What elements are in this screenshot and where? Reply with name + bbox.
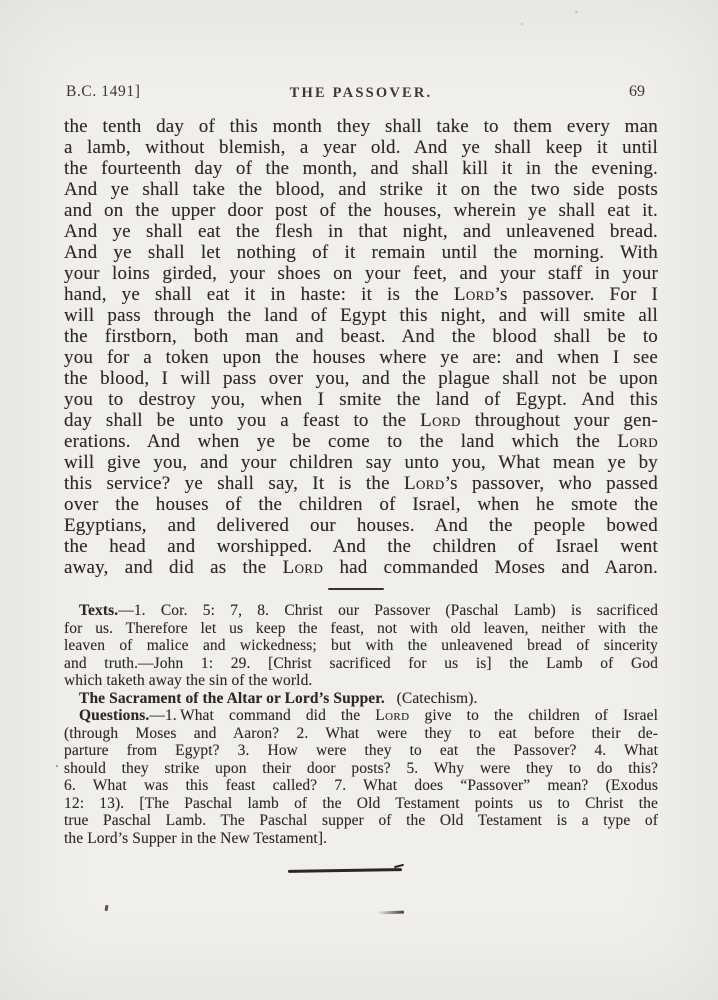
text-segment: had commanded Moses and Aaron. bbox=[323, 557, 658, 578]
text-segment: your loins girded, your shoes on your fe… bbox=[64, 263, 658, 284]
page-header: B.C. 1491] THE PASSOVER. 69 bbox=[64, 81, 658, 103]
text-segment: And ye shall take the blood, and strike … bbox=[64, 179, 658, 200]
text-segment: will give you, and your children say unt… bbox=[64, 452, 658, 473]
text-segment: ’s passover, who passed bbox=[445, 473, 658, 494]
text-line: Questions.—1. What command did the Lord … bbox=[64, 707, 658, 725]
text-segment: away, and did as the bbox=[64, 557, 283, 578]
text-segment: the fourteenth day of the month, and sha… bbox=[64, 158, 658, 179]
text-line: The Sacrament of the Altar or Lord’s Sup… bbox=[64, 690, 658, 708]
text-segment: the firstborn, both man and beast. And t… bbox=[64, 326, 658, 347]
text-line: hand, ye shall eat it in haste: it is th… bbox=[64, 284, 658, 305]
text-segment: Texts. bbox=[79, 602, 118, 619]
ink-dash-artifact bbox=[377, 911, 404, 914]
text-line: the Lord’s Supper in the New Testament]. bbox=[64, 830, 658, 848]
text-segment: and truth.—John 1: 29. [Christ sacrifice… bbox=[64, 655, 658, 672]
text-segment: day shall be unto you a feast to the bbox=[64, 410, 420, 431]
small-caps-word: Lord bbox=[420, 410, 461, 431]
text-segment: ’s passover. For I bbox=[495, 284, 659, 305]
text-line: a lamb, without blemish, a year old. And… bbox=[64, 137, 658, 158]
text-line: you to destroy you, when I smite the lan… bbox=[64, 389, 658, 410]
text-segment: the Lord’s Supper in the New Testament]. bbox=[64, 830, 327, 847]
notes-small-print: Texts.—1. Cor. 5: 7, 8. Christ our Passo… bbox=[64, 602, 658, 847]
small-caps-word: Lord bbox=[375, 707, 409, 724]
text-line: 6. What was this feast called? 7. What d… bbox=[64, 777, 658, 795]
text-segment: give to the children of Israel bbox=[410, 707, 658, 724]
text-line: And ye shall let nothing of it remain un… bbox=[64, 242, 658, 263]
small-caps-word: Lord bbox=[404, 473, 445, 494]
text-segment: for us. Therefore let us keep the feast,… bbox=[64, 620, 658, 637]
main-body-text: the tenth day of this month they shall t… bbox=[64, 116, 658, 578]
text-line: day shall be unto you a feast to the Lor… bbox=[64, 410, 658, 431]
header-title: THE PASSOVER. bbox=[64, 82, 658, 104]
text-line: the head and worshipped. And the childre… bbox=[64, 536, 658, 557]
text-segment: should they strike upon their door posts… bbox=[64, 760, 658, 777]
text-segment: leaven of malice and wickedness; but wit… bbox=[64, 637, 658, 654]
header-page-number: 69 bbox=[629, 81, 645, 103]
text-line: leaven of malice and wickedness; but wit… bbox=[64, 637, 658, 655]
text-line: the fourteenth day of the month, and sha… bbox=[64, 158, 658, 179]
text-line: for us. Therefore let us keep the feast,… bbox=[64, 620, 658, 638]
small-caps-word: Lord bbox=[454, 284, 495, 305]
text-line: Egyptians, and delivered our houses. And… bbox=[64, 515, 658, 536]
text-segment: And ye shall eat the flesh in that night… bbox=[64, 221, 658, 242]
text-line: over the houses of the children of Israe… bbox=[64, 494, 658, 515]
text-line: your loins girded, your shoes on your fe… bbox=[64, 263, 658, 284]
text-segment: you for a token upon the houses where ye… bbox=[64, 347, 658, 368]
text-segment: erations. And when ye be come to the lan… bbox=[64, 431, 617, 452]
text-segment: you to destroy you, when I smite the lan… bbox=[64, 389, 658, 410]
text-line: And ye shall eat the flesh in that night… bbox=[64, 221, 658, 242]
text-segment: (Catechism). bbox=[385, 690, 478, 707]
text-segment: parture from Egypt? 3. How were they to … bbox=[64, 742, 658, 759]
text-segment: throughout your gen- bbox=[461, 410, 658, 431]
small-caps-word: Lord bbox=[617, 431, 658, 452]
ink-speck-artifact bbox=[105, 905, 109, 911]
text-line: and on the upper door post of the houses… bbox=[64, 200, 658, 221]
text-line: you for a token upon the houses where ye… bbox=[64, 347, 658, 368]
text-line: will pass through the land of Egypt this… bbox=[64, 305, 658, 326]
text-segment: (through Moses and Aaron? 2. What were t… bbox=[64, 725, 658, 742]
text-line: which taketh away the sin of the world. bbox=[64, 672, 658, 690]
text-line: parture from Egypt? 3. How were they to … bbox=[64, 742, 658, 760]
text-segment: And ye shall let nothing of it remain un… bbox=[64, 242, 658, 263]
text-segment: Questions. bbox=[79, 707, 149, 724]
text-segment: which taketh away the sin of the world. bbox=[64, 672, 312, 689]
text-segment: true Paschal Lamb. The Paschal supper of… bbox=[64, 812, 658, 829]
text-segment: this service? ye shall say, It is the bbox=[64, 473, 404, 494]
bottom-rule bbox=[288, 868, 402, 873]
top-speck-artifact bbox=[521, 23, 523, 25]
text-segment: the tenth day of this month they shall t… bbox=[64, 116, 658, 137]
text-line: and truth.—John 1: 29. [Christ sacrifice… bbox=[64, 655, 658, 673]
text-line: away, and did as the Lord had commanded … bbox=[64, 557, 658, 578]
text-segment: a lamb, without blemish, a year old. And… bbox=[64, 137, 658, 158]
text-line: the firstborn, both man and beast. And t… bbox=[64, 326, 658, 347]
section-divider-rule bbox=[328, 588, 384, 590]
text-segment: 6. What was this feast called? 7. What d… bbox=[64, 777, 658, 794]
text-line: this service? ye shall say, It is the Lo… bbox=[64, 473, 658, 494]
text-segment: and on the upper door post of the houses… bbox=[64, 200, 658, 221]
top-speck-artifact bbox=[575, 11, 578, 14]
text-segment: over the houses of the children of Israe… bbox=[64, 494, 658, 515]
text-segment: 12: 13). [The Paschal lamb of the Old Te… bbox=[64, 795, 658, 812]
text-segment: Egyptians, and delivered our houses. And… bbox=[64, 515, 658, 536]
text-line: true Paschal Lamb. The Paschal supper of… bbox=[64, 812, 658, 830]
text-line: (through Moses and Aaron? 2. What were t… bbox=[64, 725, 658, 743]
text-segment: the blood, I will pass over you, and the… bbox=[64, 368, 658, 389]
text-line: 12: 13). [The Paschal lamb of the Old Te… bbox=[64, 795, 658, 813]
text-segment: hand, ye shall eat it in haste: it is th… bbox=[64, 284, 454, 305]
text-line: erations. And when ye be come to the lan… bbox=[64, 431, 658, 452]
text-line: Texts.—1. Cor. 5: 7, 8. Christ our Passo… bbox=[64, 602, 658, 620]
text-line: And ye shall take the blood, and strike … bbox=[64, 179, 658, 200]
text-segment: —1. Cor. 5: 7, 8. Christ our Passover (P… bbox=[118, 602, 658, 619]
text-segment: —1. What command did the bbox=[149, 707, 375, 724]
text-line: should they strike upon their door posts… bbox=[64, 760, 658, 778]
text-segment: the head and worshipped. And the childre… bbox=[64, 536, 658, 557]
text-line: the blood, I will pass over you, and the… bbox=[64, 368, 658, 389]
text-segment: will pass through the land of Egypt this… bbox=[64, 305, 658, 326]
text-segment: The Sacrament of the Altar or Lord’s Sup… bbox=[79, 690, 385, 707]
small-caps-word: Lord bbox=[283, 557, 324, 578]
text-line: will give you, and your children say unt… bbox=[64, 452, 658, 473]
margin-dot-artifact bbox=[56, 765, 58, 767]
text-line: the tenth day of this month they shall t… bbox=[64, 116, 658, 137]
scanned-book-page: B.C. 1491] THE PASSOVER. 69 the tenth da… bbox=[0, 0, 718, 1000]
